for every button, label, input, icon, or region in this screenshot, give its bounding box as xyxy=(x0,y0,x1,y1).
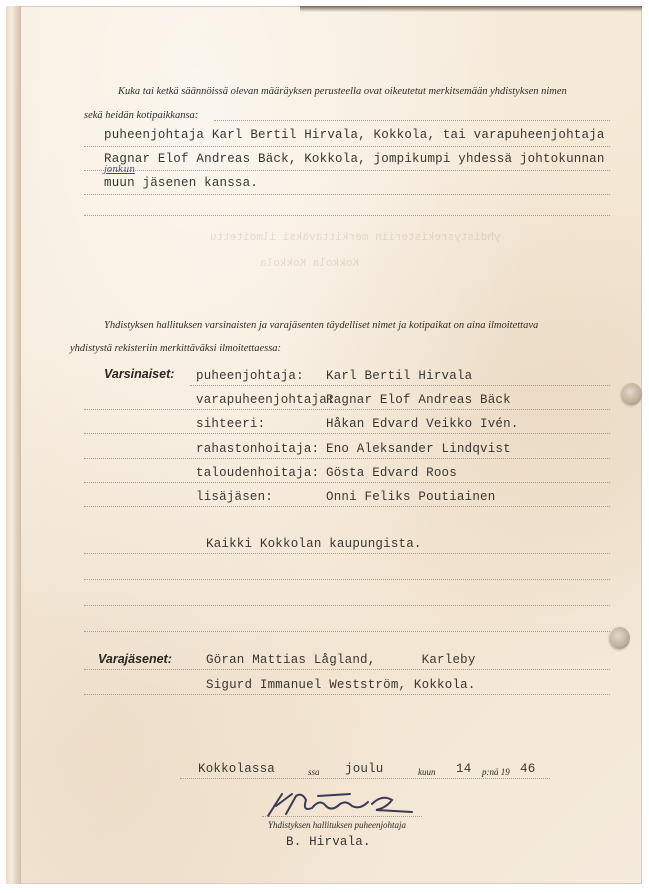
page-shadow xyxy=(300,6,642,12)
signer-caption: Yhdistyksen hallituksen puheenjohtaja xyxy=(268,820,406,830)
signing-year: 46 xyxy=(520,762,535,776)
signing-place: Kokkolassa xyxy=(198,762,275,776)
dotted-line xyxy=(84,482,610,483)
dotted-line xyxy=(84,506,610,507)
bleed-through-text: yhdistysrekisteriin merkittäväksi ilmoit… xyxy=(210,232,500,244)
bleed-through-text: Kokkola Kokkola xyxy=(260,258,359,270)
member-name: Håkan Edvard Veikko Ivén. xyxy=(326,417,519,431)
dotted-line xyxy=(262,816,422,817)
section2-prompt-line1: Yhdistyksen hallituksen varsinaisten ja … xyxy=(104,320,538,331)
dotted-line xyxy=(84,433,610,434)
dotted-line xyxy=(84,579,610,580)
dotted-line xyxy=(84,631,610,632)
dotted-line xyxy=(84,215,610,216)
section1-typed-line3: muun jäsenen kanssa. xyxy=(104,176,258,190)
signing-day: 14 xyxy=(456,762,471,776)
member-name: Onni Feliks Poutiainen xyxy=(326,490,495,504)
member-name: Gösta Edvard Roos xyxy=(326,466,457,480)
section1-prompt-line2: sekä heidän kotipaikkansa: xyxy=(84,110,198,121)
day-suffix: p:nä 19 xyxy=(482,767,510,777)
section1-prompt-line1: Kuka tai ketkä säännöissä olevan määräyk… xyxy=(118,86,567,97)
punch-hole-upper xyxy=(622,383,642,405)
dotted-line xyxy=(84,146,610,147)
dotted-line xyxy=(84,669,610,670)
dotted-line xyxy=(84,194,610,195)
dotted-line xyxy=(214,120,610,121)
deputy-member: Göran Mattias Lågland, Karleby xyxy=(206,653,476,667)
dotted-line xyxy=(84,553,610,554)
dotted-line xyxy=(84,458,610,459)
member-role: taloudenhoitaja: xyxy=(196,466,319,480)
handwritten-insert: jonkun xyxy=(104,165,135,175)
member-role: varapuheenjohtaja: xyxy=(196,393,335,407)
varsinaiset-label: Varsinaiset: xyxy=(104,367,174,381)
binding-edge xyxy=(6,6,21,884)
section1-typed-line1: puheenjohtaja Karl Bertil Hirvala, Kokko… xyxy=(104,128,605,142)
dotted-line xyxy=(84,170,610,171)
dotted-line xyxy=(84,694,610,695)
month-suffix: kuun xyxy=(418,767,436,777)
member-name: Karl Bertil Hirvala xyxy=(326,369,472,383)
dotted-line xyxy=(84,409,610,410)
member-role: puheenjohtaja: xyxy=(196,369,304,383)
section2-prompt-line2: yhdistystä rekisteriin merkittäväksi ilm… xyxy=(70,343,281,354)
signing-month: joulu xyxy=(345,762,384,776)
dotted-line xyxy=(180,778,550,779)
member-name: Eno Aleksander Lindqvist xyxy=(326,442,511,456)
residence-note: Kaikki Kokkolan kaupungista. xyxy=(206,537,422,551)
member-role: rahastonhoitaja: xyxy=(196,442,319,456)
punch-hole-lower xyxy=(610,627,630,649)
varajasenet-label: Varajäsenet: xyxy=(98,652,172,666)
section1-typed-line2: Ragnar Elof Andreas Bäck, Kokkola, jompi… xyxy=(104,152,605,166)
dotted-line xyxy=(84,605,610,606)
place-suffix: ssa xyxy=(308,767,320,777)
member-role: sihteeri: xyxy=(196,417,265,431)
signer-name: B. Hirvala. xyxy=(286,835,371,849)
deputy-member: Sigurd Immanuel Westström, Kokkola. xyxy=(206,678,476,692)
member-role: lisäjäsen: xyxy=(196,490,273,504)
member-name: Ragnar Elof Andreas Bäck xyxy=(326,393,511,407)
handwritten-signature xyxy=(262,788,422,824)
dotted-line xyxy=(190,385,610,386)
